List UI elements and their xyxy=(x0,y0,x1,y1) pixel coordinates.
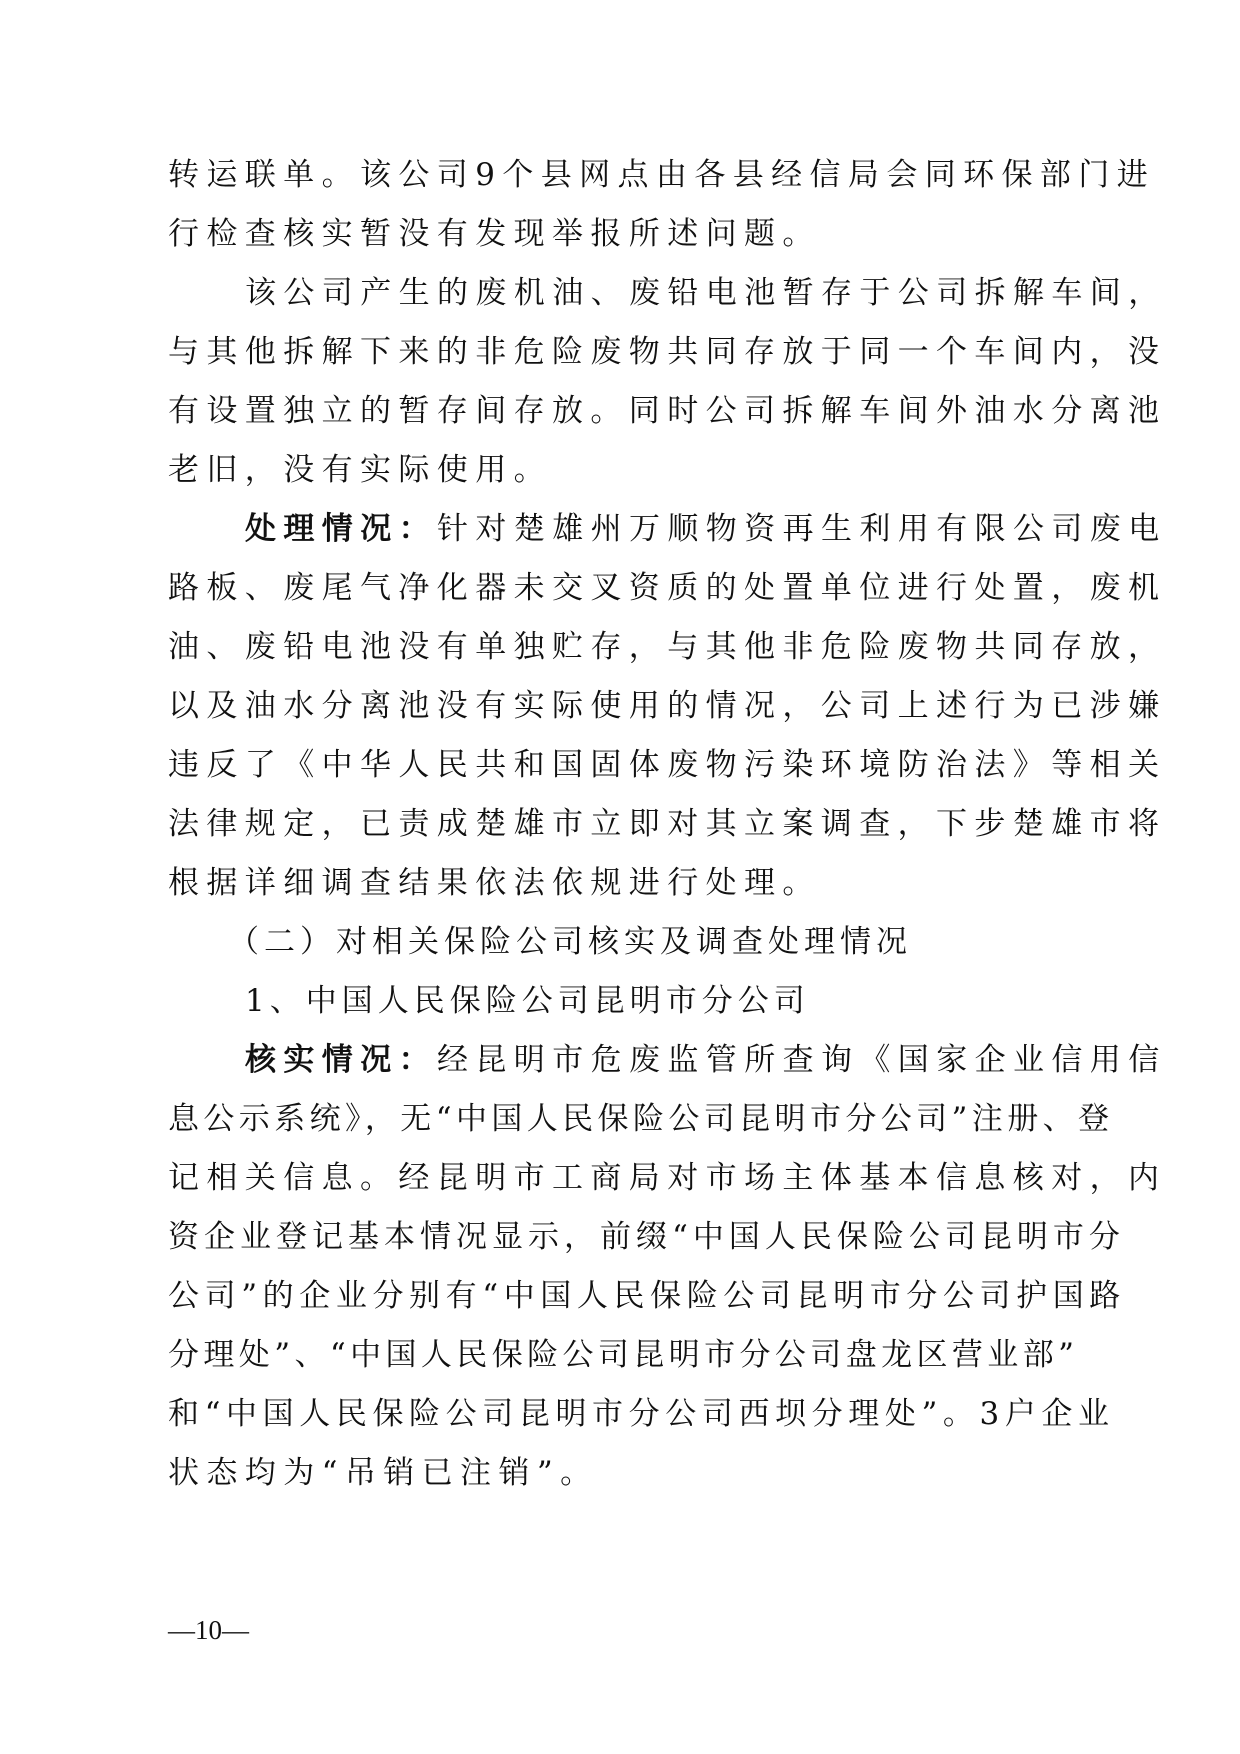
section-label-handling: 处理情况： xyxy=(245,500,437,559)
paragraph-text: 经昆明市危废监管所查询《国家企业信用信 xyxy=(437,1031,1167,1090)
section-label-verification: 核实情况： xyxy=(245,1031,437,1090)
paragraph-line: 息公示系统》，无“中国人民保险公司昆明市分公司”注册、登 xyxy=(168,1090,948,1149)
paragraph-line: 该公司产生的废机油、废铅电池暂存于公司拆解车间， xyxy=(168,264,948,323)
document-page: 转运联单。该公司9个县网点由各县经信局会同环保部门进 行检查核实暂没有发现举报所… xyxy=(0,0,1240,1754)
document-body: 转运联单。该公司9个县网点由各县经信局会同环保部门进 行检查核实暂没有发现举报所… xyxy=(168,146,948,1503)
section-heading: （二）对相关保险公司核实及调查处理情况 xyxy=(168,913,948,972)
paragraph-line: 法律规定，已责成楚雄市立即对其立案调查，下步楚雄市将 xyxy=(168,795,948,854)
paragraph-line: 核实情况：经昆明市危废监管所查询《国家企业信用信 xyxy=(168,1031,948,1090)
page-number: —10— xyxy=(168,1615,249,1646)
paragraph-line: 以及油水分离池没有实际使用的情况，公司上述行为已涉嫌 xyxy=(168,677,948,736)
paragraph-line: 油、废铅电池没有单独贮存，与其他非危险废物共同存放， xyxy=(168,618,948,677)
paragraph-line: 分理处”、“中国人民保险公司昆明市分公司盘龙区营业部” xyxy=(168,1326,948,1385)
paragraph-line: 转运联单。该公司9个县网点由各县经信局会同环保部门进 xyxy=(168,146,948,205)
paragraph-line: 状态均为“吊销已注销”。 xyxy=(168,1444,948,1503)
paragraph-line: 路板、废尾气净化器未交叉资质的处置单位进行处置，废机 xyxy=(168,559,948,618)
paragraph-line: 行检查核实暂没有发现举报所述问题。 xyxy=(168,205,948,264)
paragraph-line: 根据详细调查结果依法依规进行处理。 xyxy=(168,854,948,913)
paragraph-line: 资企业登记基本情况显示，前缀“中国人民保险公司昆明市分 xyxy=(168,1208,948,1267)
paragraph-line: 处理情况：针对楚雄州万顺物资再生利用有限公司废电 xyxy=(168,500,948,559)
paragraph-line: 有设置独立的暂存间存放。同时公司拆解车间外油水分离池 xyxy=(168,382,948,441)
paragraph-line: 老旧，没有实际使用。 xyxy=(168,441,948,500)
paragraph-line: 记相关信息。经昆明市工商局对市场主体基本信息核对，内 xyxy=(168,1149,948,1208)
paragraph-line: 违反了《中华人民共和国固体废物污染环境防治法》等相关 xyxy=(168,736,948,795)
paragraph-line: 与其他拆解下来的非危险废物共同存放于同一个车间内，没 xyxy=(168,323,948,382)
paragraph-line: 和“中国人民保险公司昆明市分公司西坝分理处”。3户企业 xyxy=(168,1385,948,1444)
paragraph-text: 针对楚雄州万顺物资再生利用有限公司废电 xyxy=(437,500,1167,559)
paragraph-line: 公司”的企业分别有“中国人民保险公司昆明市分公司护国路 xyxy=(168,1267,948,1326)
subsection-heading: 1、中国人民保险公司昆明市分公司 xyxy=(168,972,948,1031)
